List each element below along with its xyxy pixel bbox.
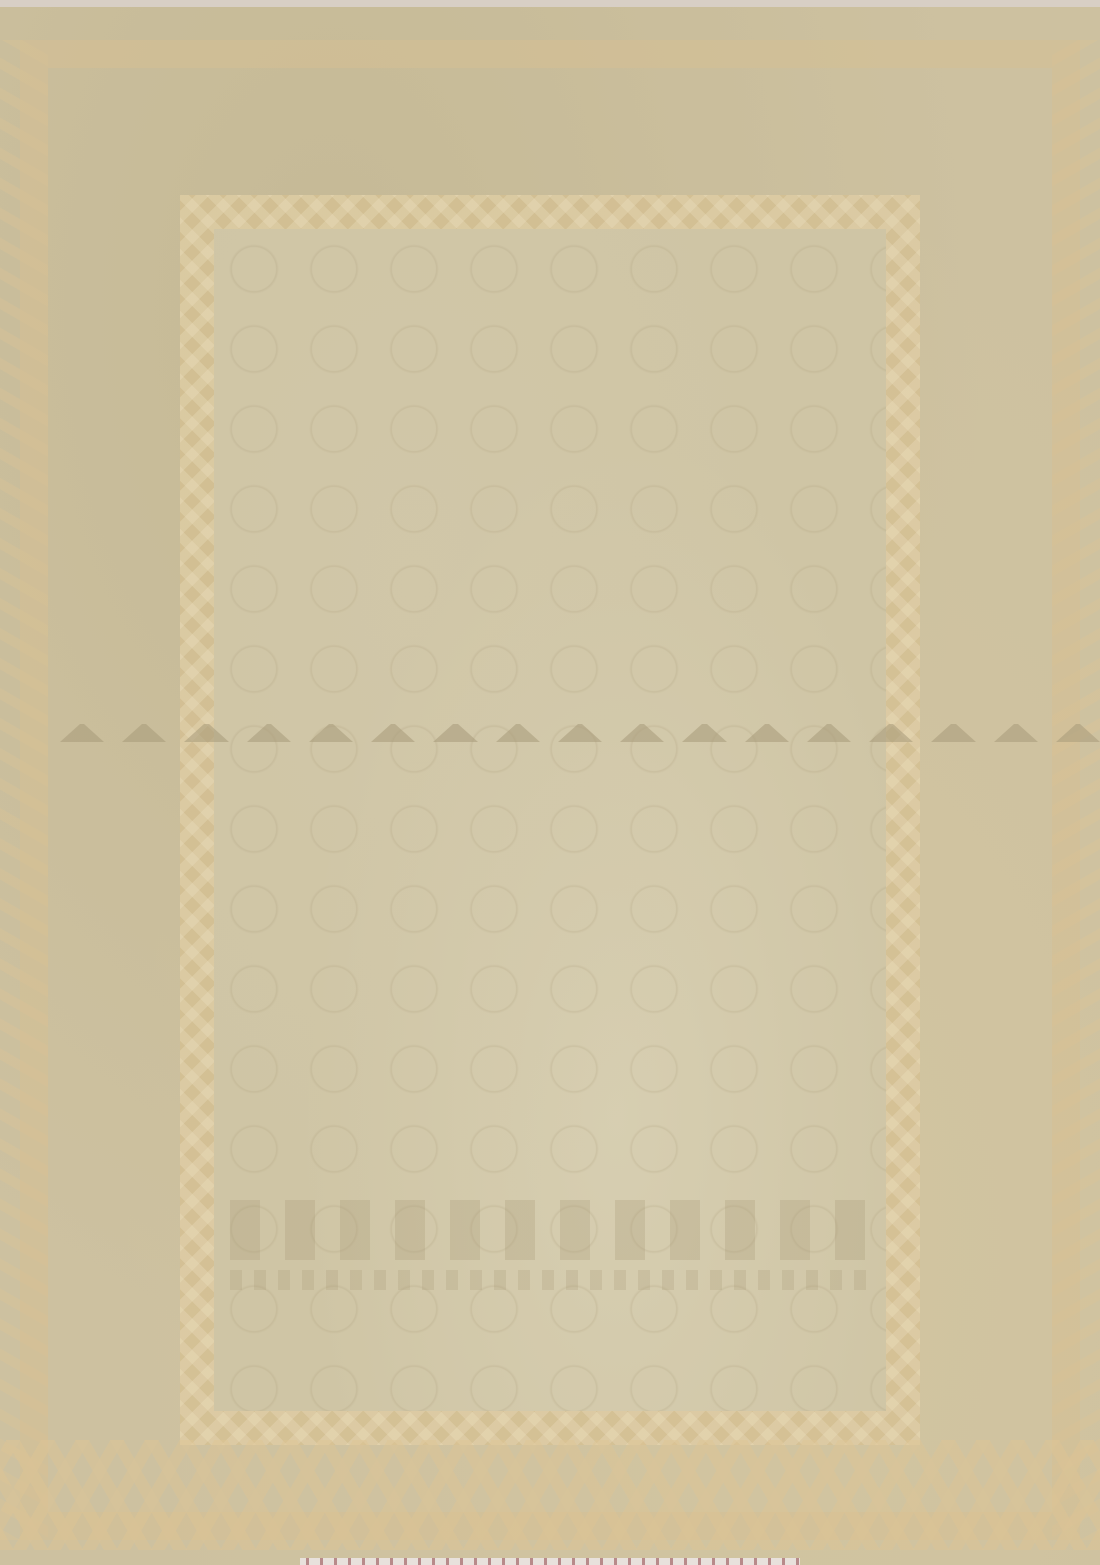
triangle-motif <box>247 724 291 742</box>
triangle-motif <box>122 724 166 742</box>
triangle-motif <box>60 724 104 742</box>
triangle-motif <box>994 724 1038 742</box>
bottom-zigzag-border <box>0 1440 1100 1550</box>
bottom-fringe <box>300 1558 800 1565</box>
triangle-motif <box>869 724 913 742</box>
triangle-motif <box>931 724 975 742</box>
triangle-motif <box>807 724 851 742</box>
horizontal-motif-row <box>60 712 1100 742</box>
triangle-motif <box>371 724 415 742</box>
triangle-motif <box>433 724 477 742</box>
triangle-motif <box>1056 724 1100 742</box>
lower-motif-row <box>230 1200 870 1260</box>
triangle-motif <box>620 724 664 742</box>
triangle-motif <box>558 724 602 742</box>
triangle-motif <box>184 724 228 742</box>
triangle-motif <box>496 724 540 742</box>
triangle-motif <box>682 724 726 742</box>
rug-photo <box>0 0 1100 1565</box>
lower-motif-row-2 <box>230 1270 870 1290</box>
triangle-motif <box>309 724 353 742</box>
triangle-motif <box>745 724 789 742</box>
top-fringe <box>0 0 1100 7</box>
